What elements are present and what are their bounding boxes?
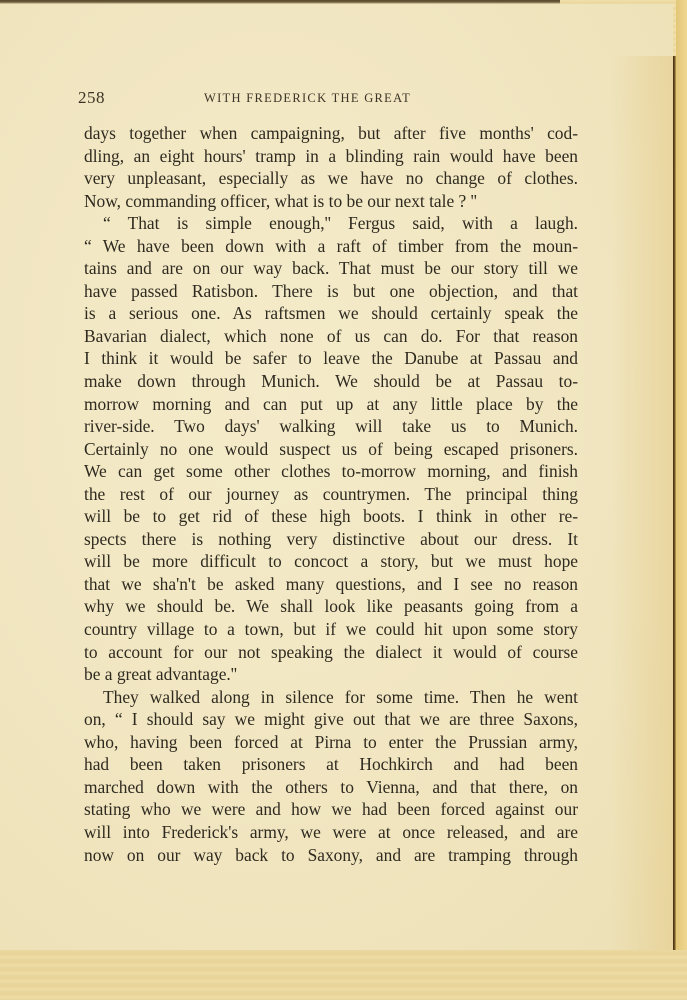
text-line: now on our way back to Saxony, and are t… bbox=[84, 844, 578, 867]
page-gutter-shadow bbox=[610, 56, 673, 950]
text-line: Bavarian dialect, which none of us can d… bbox=[84, 325, 578, 348]
text-line: We can get some other clothes to-morrow … bbox=[84, 460, 578, 483]
text-line: dling, an eight hours' tramp in a blindi… bbox=[84, 145, 578, 168]
running-title: WITH FREDERICK THE GREAT bbox=[204, 91, 411, 106]
text-line: is a serious one. As raftsmen we should … bbox=[84, 302, 578, 325]
page-number: 258 bbox=[78, 88, 105, 108]
text-line: morrow morning and can put up at any lit… bbox=[84, 393, 578, 416]
text-line: to account for our not speaking the dial… bbox=[84, 641, 578, 664]
text-line: They walked along in silence for some ti… bbox=[84, 686, 578, 709]
text-line: the rest of our journey as countrymen. T… bbox=[84, 483, 578, 506]
text-line: that we sha'n't be asked many questions,… bbox=[84, 573, 578, 596]
text-line: will into Frederick's army, we were at o… bbox=[84, 821, 578, 844]
text-line: why we should be. We shall look like pea… bbox=[84, 595, 578, 618]
text-line: will be more difficult to concoct a stor… bbox=[84, 550, 578, 573]
text-line: have passed Ratisbon. There is but one o… bbox=[84, 280, 578, 303]
scan-bottom-edge bbox=[0, 950, 687, 1000]
text-line: make down through Munich. We should be a… bbox=[84, 370, 578, 393]
running-header: 258 WITH FREDERICK THE GREAT bbox=[78, 88, 578, 108]
text-line: very unpleasant, especially as we have n… bbox=[84, 167, 578, 190]
text-line: I think it would be safer to leave the D… bbox=[84, 347, 578, 370]
text-line: days together when campaigning, but afte… bbox=[84, 122, 578, 145]
text-line: Certainly no one would suspect us of bei… bbox=[84, 438, 578, 461]
text-line: be a great advantage.'' bbox=[84, 663, 578, 686]
text-line: tains and are on our way back. That must… bbox=[84, 257, 578, 280]
text-line: Now, commanding officer, what is to be o… bbox=[84, 190, 578, 213]
text-line: on, “ I should say we might give out tha… bbox=[84, 708, 578, 731]
text-line: “ We have been down with a raft of timbe… bbox=[84, 235, 578, 258]
text-line: “ That is simple enough,'' Fergus said, … bbox=[84, 212, 578, 235]
body-text: days together when campaigning, but afte… bbox=[84, 122, 578, 866]
text-line: stating who we were and how we had been … bbox=[84, 798, 578, 821]
text-line: who, having been forced at Pirna to ente… bbox=[84, 731, 578, 754]
text-line: river-side. Two days' walking will take … bbox=[84, 415, 578, 438]
text-line: marched down with the others to Vienna, … bbox=[84, 776, 578, 799]
text-line: had been taken prisoners at Hochkirch an… bbox=[84, 753, 578, 776]
text-line: country village to a town, but if we cou… bbox=[84, 618, 578, 641]
text-line: will be to get rid of these high boots. … bbox=[84, 505, 578, 528]
scan-right-edge bbox=[676, 0, 687, 1000]
text-line: spects there is nothing very distinctive… bbox=[84, 528, 578, 551]
